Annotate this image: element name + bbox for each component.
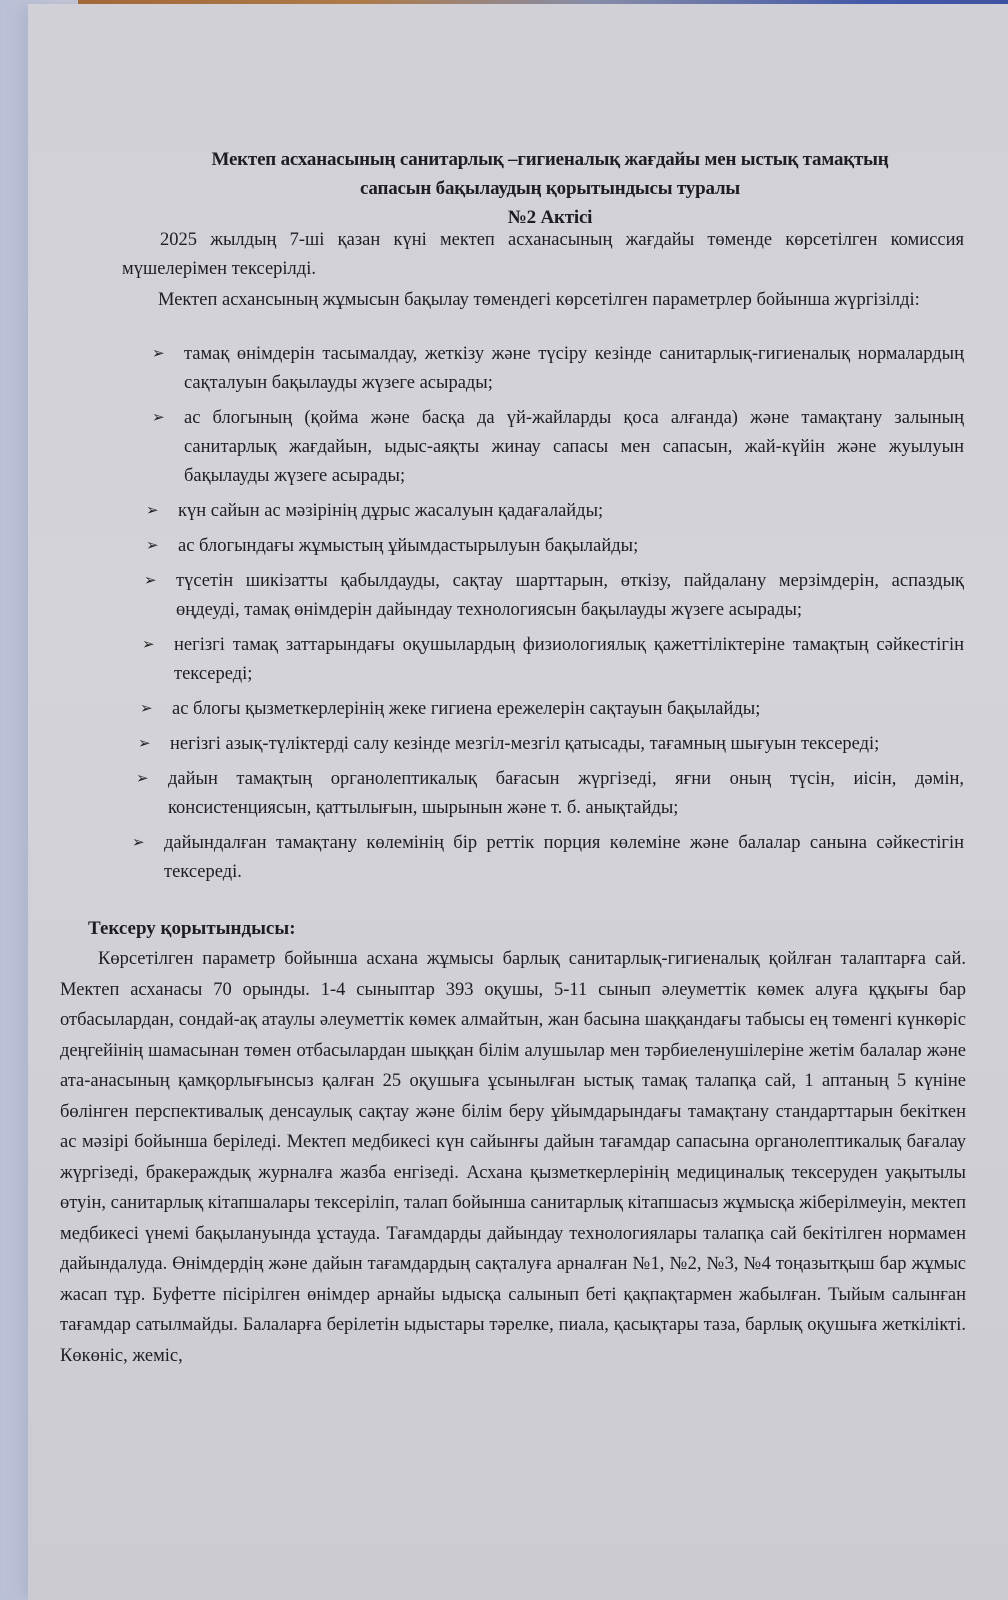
document-title: Мектеп асханасының санитарлық –гигиеналы…: [140, 145, 960, 232]
document-page: Мектеп асханасының санитарлық –гигиеналы…: [0, 0, 1008, 1600]
title-line-2: сапасын бақылаудың қорытындысы туралы: [140, 174, 960, 203]
arrowhead-bullet-icon: ➢: [146, 532, 159, 561]
parameter-item: ➢ ас блогының (қойма және басқа да үй-жа…: [148, 404, 964, 491]
parameter-item: ➢ дайындалған тамақтану көлемінің бір ре…: [128, 829, 964, 887]
arrowhead-bullet-icon: ➢: [146, 497, 159, 526]
arrowhead-bullet-icon: ➢: [152, 404, 165, 433]
results-heading: Тексеру қорытындысы:: [88, 914, 296, 943]
title-line-1: Мектеп асханасының санитарлық –гигиеналы…: [140, 145, 960, 174]
intro-paragraph-parameters: Мектеп асхансының жұмысын бақылау төменд…: [120, 286, 964, 315]
parameter-item: ➢ ас блогы қызметкерлерінің жеке гигиена…: [136, 695, 964, 724]
parameter-item: ➢ күн сайын ас мәзірінің дұрыс жасалуын …: [142, 497, 964, 526]
arrowhead-bullet-icon: ➢: [142, 631, 155, 660]
parameter-item: ➢ негізгі азық-түліктерді салу кезінде м…: [134, 730, 964, 759]
parameter-item: ➢ ас блогындағы жұмыстың ұйымдастырылуын…: [142, 532, 964, 561]
parameter-item: ➢ дайын тамақтың органолептикалық бағасы…: [132, 765, 964, 823]
intro-paragraph-date: 2025 жылдың 7-ші қазан күні мектеп асхан…: [122, 226, 964, 284]
arrowhead-bullet-icon: ➢: [132, 829, 145, 858]
parameter-item: ➢ түсетін шикізатты қабылдауды, сақтау ш…: [140, 567, 964, 625]
arrowhead-bullet-icon: ➢: [140, 695, 153, 724]
parameter-item: ➢ тамақ өнімдерін тасымалдау, жеткізу жә…: [148, 340, 964, 398]
parameters-list: ➢ тамақ өнімдерін тасымалдау, жеткізу жә…: [148, 340, 964, 893]
arrowhead-bullet-icon: ➢: [138, 730, 151, 759]
arrowhead-bullet-icon: ➢: [144, 567, 157, 596]
parameter-item: ➢ негізгі тамақ заттарындағы оқушылардың…: [138, 631, 964, 689]
arrowhead-bullet-icon: ➢: [152, 340, 165, 369]
arrowhead-bullet-icon: ➢: [136, 765, 149, 794]
results-body: Көрсетілген параметр бойынша асхана жұмы…: [60, 944, 966, 1371]
